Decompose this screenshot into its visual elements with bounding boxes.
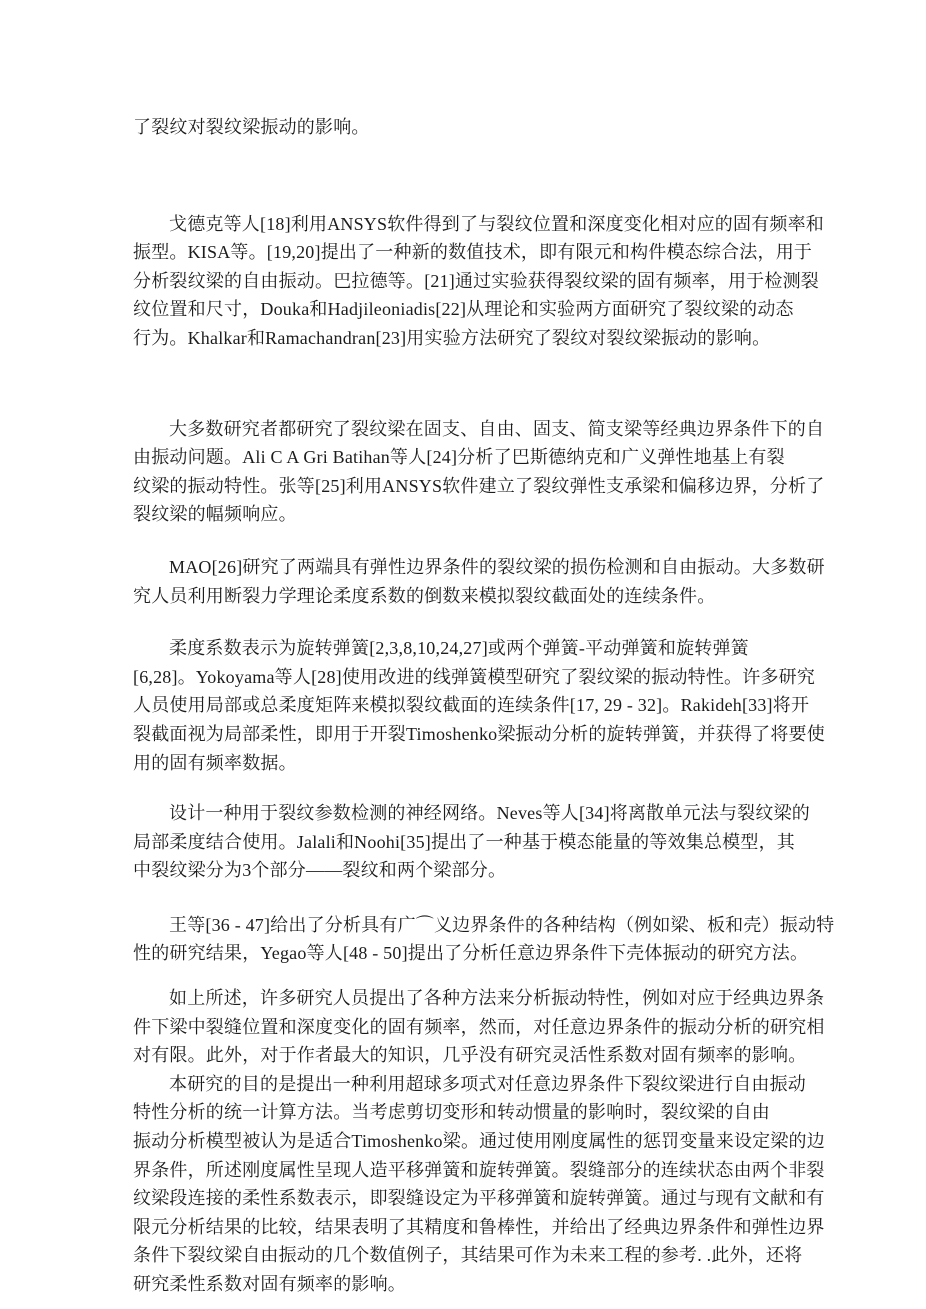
paragraph: 设计一种用于裂纹参数检测的神经网络。Neves等人[34]将离散单元法与裂纹梁的…: [133, 799, 805, 885]
paragraph: 戈德克等人[18]利用ANSYS软件得到了与裂纹位置和深度变化相对应的固有频率和…: [133, 210, 805, 353]
paragraph: 王等[36 - 47]给出了分析具有广⌒义边界条件的各种结构（例如梁、板和壳）振…: [133, 911, 805, 968]
document-body: 了裂纹对裂纹梁振动的影响。戈德克等人[18]利用ANSYS软件得到了与裂纹位置和…: [133, 113, 805, 1299]
paragraph: 大多数研究者都研究了裂纹梁在固支、自由、固支、简支梁等经典边界条件下的自 由振动…: [133, 415, 805, 529]
paragraph: 本研究的目的是提出一种利用超球多项式对任意边界条件下裂纹梁进行自由振动 特性分析…: [133, 1070, 805, 1299]
paragraph: 柔度系数表示为旋转弹簧[2,3,8,10,24,27]或两个弹簧-平动弹簧和旋转…: [133, 634, 805, 777]
paragraph: 如上所述，许多研究人员提出了各种方法来分析振动特性，例如对应于经典边界条 件下梁…: [133, 984, 805, 1070]
paragraph: 了裂纹对裂纹梁振动的影响。: [133, 113, 805, 142]
document-page: 了裂纹对裂纹梁振动的影响。戈德克等人[18]利用ANSYS软件得到了与裂纹位置和…: [0, 0, 926, 1309]
paragraph: MAO[26]研究了两端具有弹性边界条件的裂纹梁的损伤检测和自由振动。大多数研 …: [133, 553, 805, 610]
